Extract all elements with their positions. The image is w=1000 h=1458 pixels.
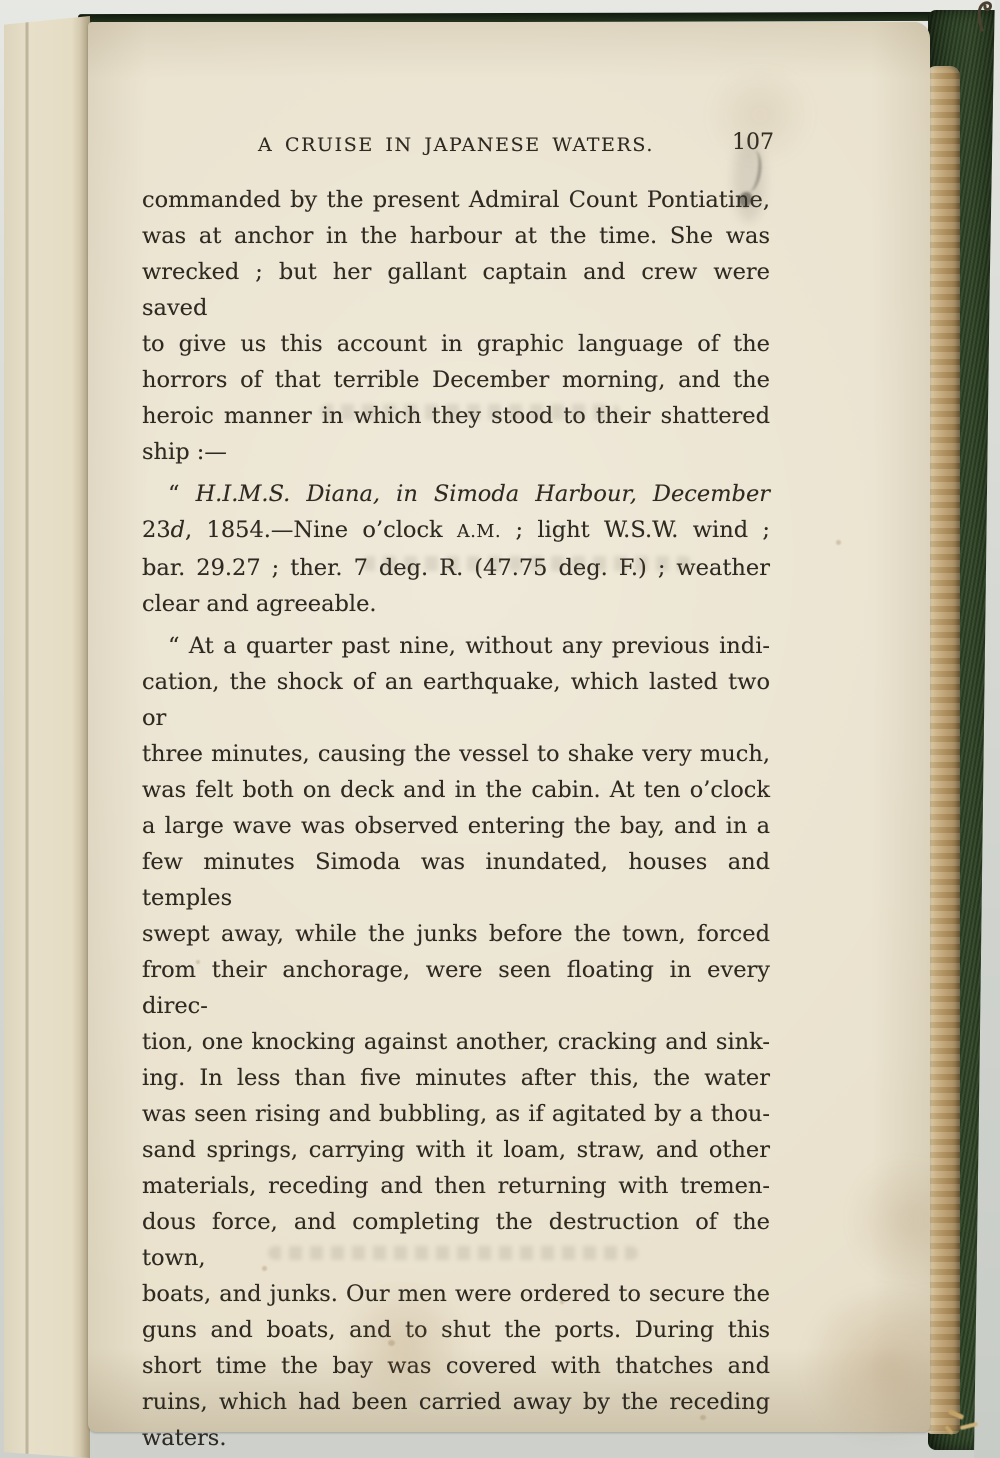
- text-line: waters.: [142, 1420, 770, 1456]
- text-line: to give us this account in graphic langu…: [142, 326, 770, 362]
- text-line: wrecked ; but her gallant captain and cr…: [142, 254, 770, 326]
- text-line: “ At a quarter past nine, without any pr…: [142, 628, 770, 664]
- text-line: 23d, 1854.—Nine o’clock A.M. ; light W.S…: [142, 512, 770, 550]
- fox-spot: [262, 1266, 267, 1271]
- fox-spot: [700, 1415, 706, 1420]
- text-line: cation, the shock of an earthquake, whic…: [142, 664, 770, 736]
- text-line: was seen rising and bubbling, as if agit…: [142, 1096, 770, 1132]
- book-page: A CRUISE IN JAPANESE WATERS. 107 command…: [88, 22, 930, 1432]
- left-page-edge: [4, 16, 90, 1458]
- text-line: a large wave was observed entering the b…: [142, 808, 770, 844]
- text-line: “ H.I.M.S. Diana, in Simoda Harbour, Dec…: [142, 476, 770, 512]
- fox-spot: [560, 1300, 564, 1304]
- text-line: clear and agreeable.: [142, 586, 770, 622]
- text-line: ing. In less than five minutes after thi…: [142, 1060, 770, 1096]
- show-through: [268, 1246, 638, 1260]
- show-through: [362, 556, 692, 571]
- text-line: ship :—: [142, 434, 770, 470]
- text-line: was at anchor in the harbour at the time…: [142, 218, 770, 254]
- fox-spot: [388, 1340, 395, 1346]
- stain: [800, 1290, 970, 1440]
- stain: [852, 1150, 962, 1290]
- text-line: commanded by the present Admiral Count P…: [142, 182, 770, 218]
- text-line: three minutes, causing the vessel to sha…: [142, 736, 770, 772]
- text-line: materials, receding and then returning w…: [142, 1168, 770, 1204]
- text-line: ruins, which had been carried away by th…: [142, 1384, 770, 1420]
- text-line: sand springs, carrying with it loam, str…: [142, 1132, 770, 1168]
- stain: [700, 70, 820, 160]
- text-line: tion, one knocking against another, crac…: [142, 1024, 770, 1060]
- body-text: commanded by the present Admiral Count P…: [142, 182, 770, 1456]
- book-photo: A CRUISE IN JAPANESE WATERS. 107 command…: [0, 0, 1000, 1458]
- page-header: A CRUISE IN JAPANESE WATERS. 107: [142, 132, 770, 158]
- paragraph: commanded by the present Admiral Count P…: [142, 182, 770, 470]
- show-through: [320, 404, 620, 420]
- fox-spot: [836, 540, 841, 545]
- text-line: horrors of that terrible December mornin…: [142, 362, 770, 398]
- paragraph: “ H.I.M.S. Diana, in Simoda Harbour, Dec…: [142, 476, 770, 622]
- text-line: was felt both on deck and in the cabin. …: [142, 772, 770, 808]
- fox-spot: [196, 960, 200, 964]
- text-line: dous force, and completing the destructi…: [142, 1204, 770, 1276]
- text-line: from their anchorage, were seen floating…: [142, 952, 770, 1024]
- clasp-hook-icon: [952, 0, 996, 36]
- stain: [340, 1280, 470, 1410]
- running-title: A CRUISE IN JAPANESE WATERS.: [142, 132, 770, 158]
- text-line: few minutes Simoda was inundated, houses…: [142, 844, 770, 916]
- text-line: swept away, while the junks before the t…: [142, 916, 770, 952]
